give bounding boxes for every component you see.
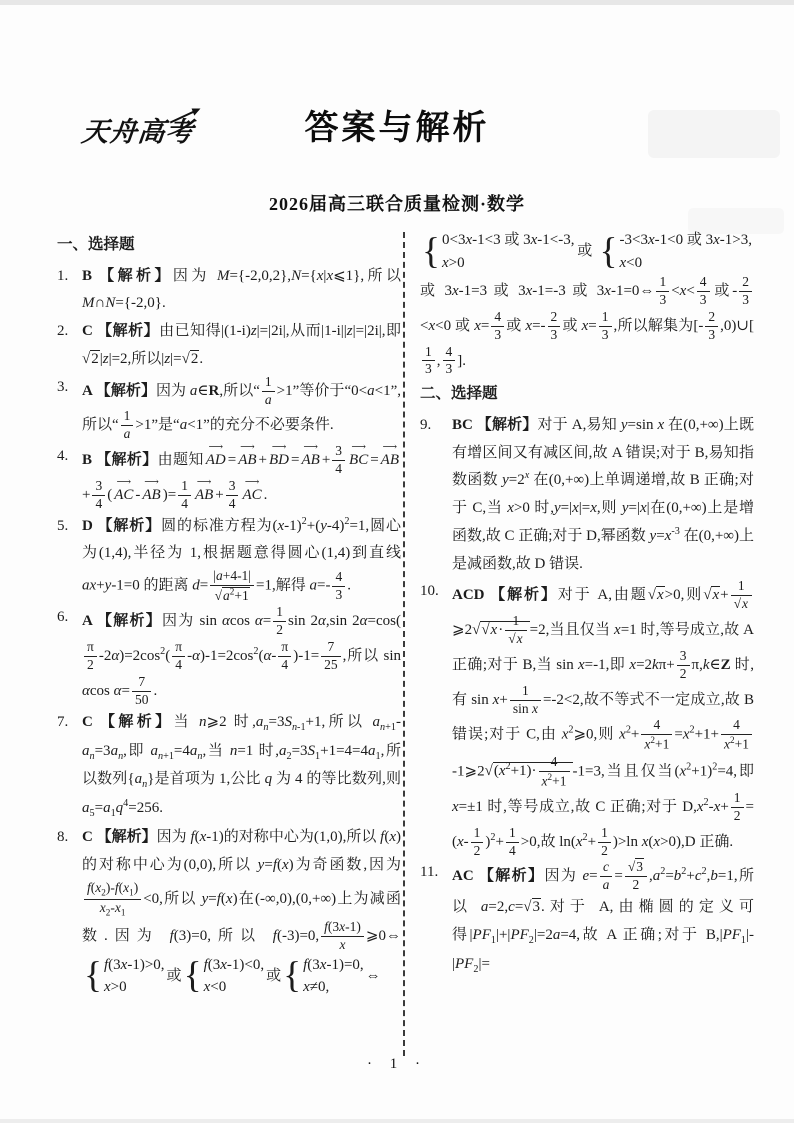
left-column: 一、选择题 1.B 【解析】因为 M={-2,0,2},N={x|x⩽1},所以…: [57, 229, 401, 1061]
item-number: 8.: [57, 824, 82, 852]
item-solution: A 【解析】因为 a∈R,所以“1a>1”等价于“0<a<1”,所以“1a>1”…: [82, 374, 401, 444]
item-number: 1.: [57, 263, 82, 291]
item-solution: C 【解析】由已知得|(1-i)z|=|2i|,从而|1-i||z|=|2i|,…: [82, 318, 401, 374]
right-column: 0<3x-1<3 或 3x-1<-3,x>0或 -3<3x-1<0 或 3x-1…: [420, 229, 754, 1061]
scan-edge-bottom: [0, 1119, 794, 1123]
answer-item: 6.A 【解析】因为 sin αcos α=12sin 2α,sin 2α=co…: [57, 604, 401, 708]
item-number: 4.: [57, 443, 82, 471]
answer-item: 7.C 【解析】当 n⩾2 时,an=3Sn-1+1,所以 an+1-an=3a…: [57, 709, 401, 825]
answer-item: 11.AC 【解析】因为 e=ca=32,a2=b2+c2,b=1,所以 a=2…: [420, 859, 754, 979]
left-items: 1.B 【解析】因为 M={-2,0,2},N={x|x⩽1},所以 M∩N={…: [57, 263, 401, 999]
answer-item: 8.C 【解析】因为 f(x-1)的对称中心为(1,0),所以 f(x)的对称中…: [57, 824, 401, 999]
answer-item: 4.B 【解析】由题知AD=AB+BD=AB+34BC=AB+34(AC-AB)…: [57, 443, 401, 513]
answer-item: 10.ACD 【解析】对于 A,由题x>0,则x+1x⩾2x·1x=2,当且仅当…: [420, 578, 754, 859]
exam-subtitle: 2026届高三联合质量检测·数学: [0, 190, 794, 216]
right-items: 9.BC 【解析】对于 A,易知 y=sin x 在(0,+∞)上既有增区间又有…: [420, 412, 754, 980]
answer-item: 3.A 【解析】因为 a∈R,所以“1a>1”等价于“0<a<1”,所以“1a>…: [57, 374, 401, 444]
scan-edge-top: [0, 0, 794, 5]
item-solution: B 【解析】由题知AD=AB+BD=AB+34BC=AB+34(AC-AB)=1…: [82, 443, 401, 513]
section-title-choice-2: 二、选择题: [420, 380, 754, 409]
item-number: 7.: [57, 709, 82, 737]
item-solution: AC 【解析】因为 e=ca=32,a2=b2+c2,b=1,所以 a=2,c=…: [452, 859, 754, 979]
column-divider: [403, 232, 405, 1056]
item-solution: C 【解析】当 n⩾2 时,an=3Sn-1+1,所以 an+1-an=3an,…: [82, 709, 401, 825]
item-solution: BC 【解析】对于 A,易知 y=sin x 在(0,+∞)上既有增区间又有减区…: [452, 412, 754, 579]
item-number: 3.: [57, 374, 82, 402]
page-number: · 1 ·: [0, 1056, 794, 1073]
item-number: 5.: [57, 513, 82, 541]
answer-item: 9.BC 【解析】对于 A,易知 y=sin x 在(0,+∞)上既有增区间又有…: [420, 412, 754, 579]
item-number: 11.: [420, 859, 452, 887]
item-solution: D 【解析】圆的标准方程为(x-1)2+(y-4)2=1,圆心为(1,4),半径…: [82, 513, 401, 605]
item-number: 10.: [420, 578, 452, 606]
item-solution: C 【解析】因为 f(x-1)的对称中心为(1,0),所以 f(x)的对称中心为…: [82, 824, 401, 999]
answer-item: 1.B 【解析】因为 M={-2,0,2},N={x|x⩽1},所以 M∩N={…: [57, 263, 401, 319]
answer-item: 5.D 【解析】圆的标准方程为(x-1)2+(y-4)2=1,圆心为(1,4),…: [57, 513, 401, 605]
item-number: 2.: [57, 318, 82, 346]
item8-continuation: 0<3x-1<3 或 3x-1<-3,x>0或 -3<3x-1<0 或 3x-1…: [420, 229, 754, 378]
item-solution: ACD 【解析】对于 A,由题x>0,则x+1x⩾2x·1x=2,当且仅当 x=…: [452, 578, 754, 859]
answer-sheet-page: 天舟高考 答案与解析 2026届高三联合质量检测·数学 一、选择题 1.B 【解…: [0, 0, 794, 1123]
section-title-choice-1: 一、选择题: [57, 231, 401, 260]
item-number: 9.: [420, 412, 452, 440]
item-solution: B 【解析】因为 M={-2,0,2},N={x|x⩽1},所以 M∩N={-2…: [82, 263, 401, 319]
answer-item: 2.C 【解析】由已知得|(1-i)z|=|2i|,从而|1-i||z|=|2i…: [57, 318, 401, 374]
item-number: 6.: [57, 604, 82, 632]
page-title: 答案与解析: [0, 100, 794, 149]
item-solution: A 【解析】因为 sin αcos α=12sin 2α,sin 2α=cos(…: [82, 604, 401, 708]
